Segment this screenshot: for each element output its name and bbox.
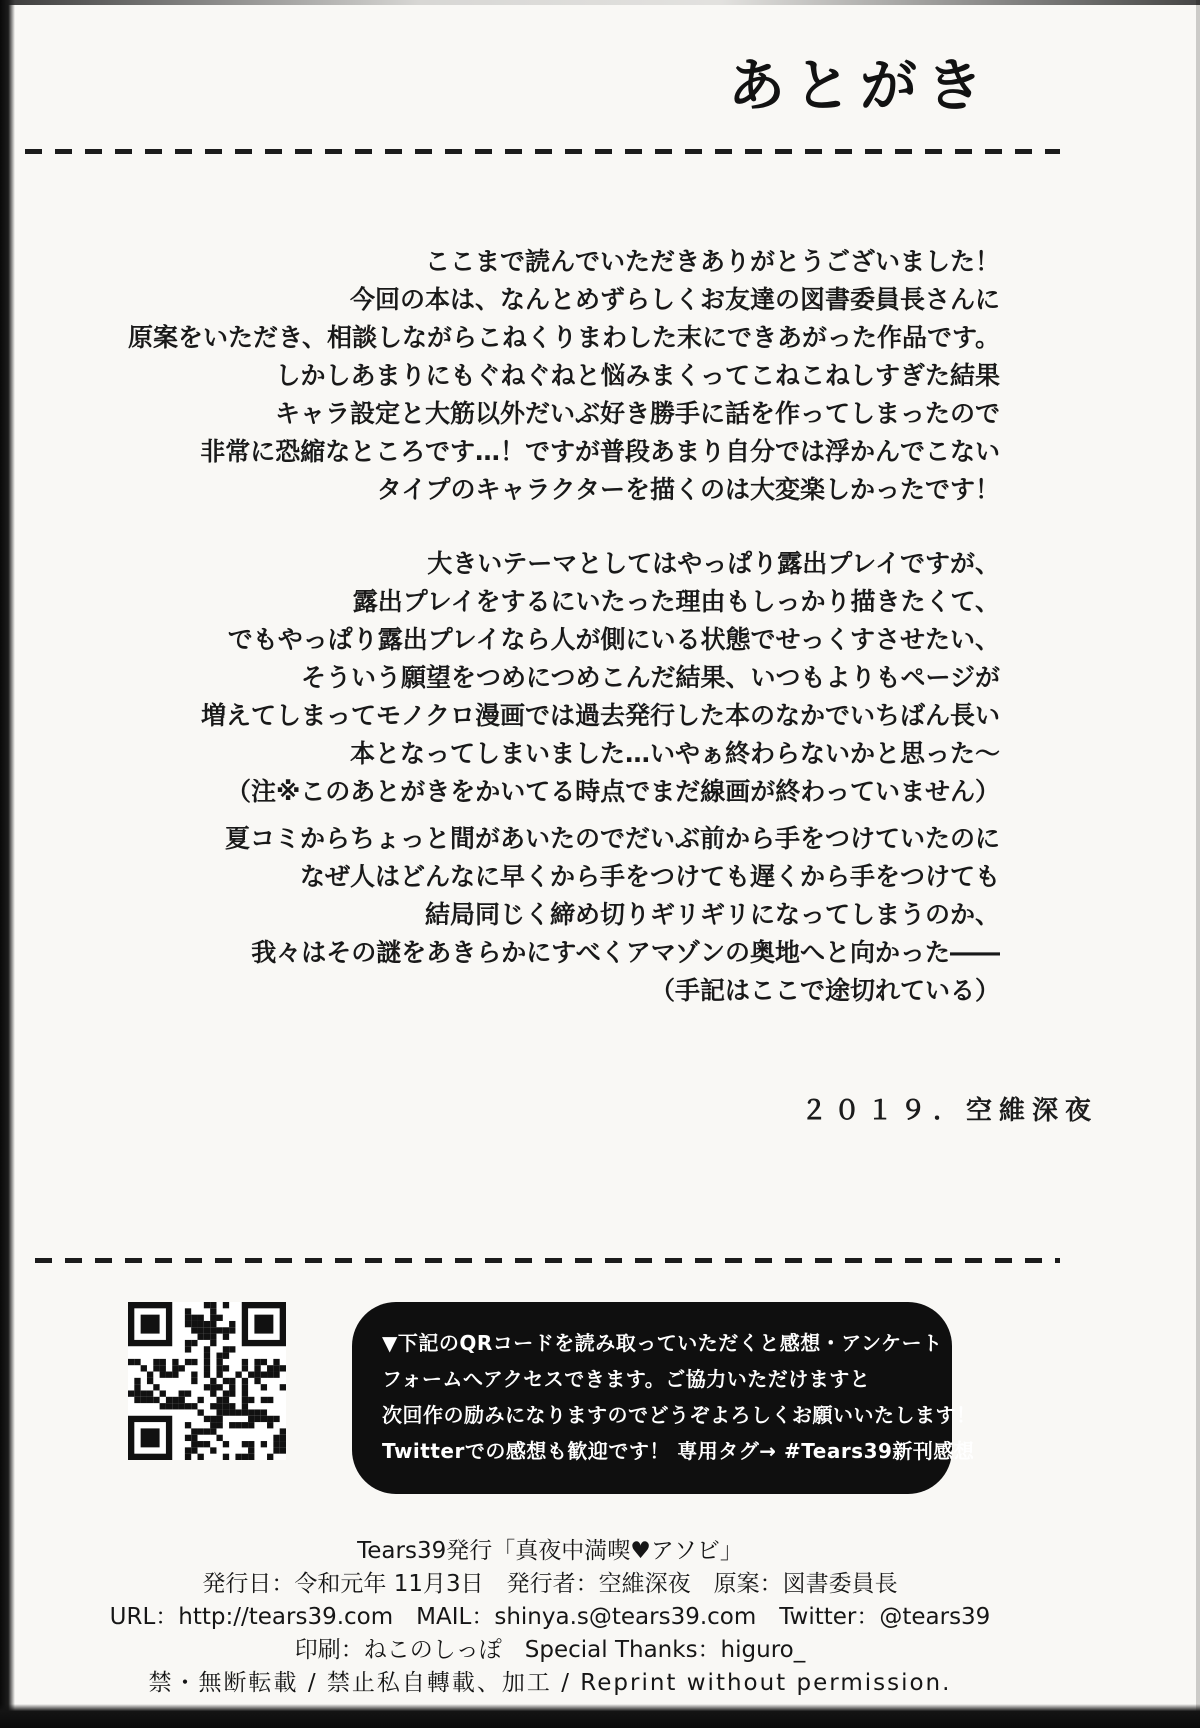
afterword-line: 夏コミからちょっと間があいたのでだいぶ前から手をつけていたのに bbox=[60, 820, 1000, 858]
afterword-line: 我々はその謎をあきらかにすべくアマゾンの奥地へと向かった―― bbox=[60, 934, 1000, 972]
afterword-paragraph: 大きいテーマとしてはやっぱり露出プレイですが、 露出プレイをするにいたった理由も… bbox=[60, 545, 1000, 811]
afterword-line: タイプのキャラクターを描くのは大変楽しかったです！ bbox=[60, 471, 1000, 509]
qr-info-line: Twitterでの感想も歓迎です！ 専用タグ→ #Tears39新刊感想 bbox=[382, 1433, 922, 1469]
afterword-line: （手記はここで途切れている） bbox=[60, 972, 1000, 1010]
scan-edge-left bbox=[0, 0, 15, 1728]
author-signature: ２０１９．空維深夜 bbox=[801, 1090, 1098, 1127]
scanned-page: あとがき ここまで読んでいただきありがとうございました！ 今回の本は、なんとめず… bbox=[0, 0, 1200, 1728]
dashed-divider-bottom bbox=[35, 1258, 1060, 1263]
colophon-line: 発行日：令和元年 11月3日 発行者：空維深夜 原案：図書委員長 bbox=[0, 1568, 1100, 1601]
colophon-line: URL：http://tears39.com MAIL：shinya.s@tea… bbox=[0, 1601, 1100, 1634]
colophon-line: 禁・無断転載 / 禁止私自轉載、加工 / Reprint without per… bbox=[0, 1667, 1100, 1700]
qr-code bbox=[128, 1302, 286, 1460]
scan-edge-right bbox=[1196, 0, 1200, 1728]
dashed-divider-top bbox=[25, 149, 1060, 154]
qr-info-line: フォームへアクセスできます。ご協力いただけますと bbox=[382, 1361, 922, 1397]
afterword-paragraph: 夏コミからちょっと間があいたのでだいぶ前から手をつけていたのに なぜ人はどんなに… bbox=[60, 820, 1000, 1010]
page-title: あとがき bbox=[728, 40, 992, 122]
qr-info-panel: ▼下記のQRコードを読み取っていただくと感想・アンケート フォームへアクセスでき… bbox=[352, 1302, 952, 1494]
scan-edge-top bbox=[0, 0, 1200, 5]
afterword-line: 結局同じく締め切りギリギリになってしまうのか、 bbox=[60, 896, 1000, 934]
afterword-line: なぜ人はどんなに早くから手をつけても遅くから手をつけても bbox=[60, 858, 1000, 896]
afterword-line: 増えてしまってモノクロ漫画では過去発行した本のなかでいちばん長い bbox=[60, 697, 1000, 735]
afterword-line: 今回の本は、なんとめずらしくお友達の図書委員長さんに bbox=[60, 281, 1000, 319]
colophon-line: 印刷：ねこのしっぽ Special Thanks：higuro_ bbox=[0, 1634, 1100, 1667]
colophon-line: Tears39発行「真夜中満喫♥アソビ」 bbox=[0, 1535, 1100, 1568]
afterword-line: 露出プレイをするにいたった理由もしっかり描きたくて、 bbox=[60, 583, 1000, 621]
colophon: Tears39発行「真夜中満喫♥アソビ」 発行日：令和元年 11月3日 発行者：… bbox=[0, 1535, 1100, 1700]
qr-info-line: ▼下記のQRコードを読み取っていただくと感想・アンケート bbox=[382, 1325, 922, 1361]
afterword-line: 原案をいただき、相談しながらこねくりまわした末にできあがった作品です。 bbox=[60, 319, 1000, 357]
afterword-line: 非常に恐縮なところです…！ですが普段あまり自分では浮かんでこない bbox=[60, 433, 1000, 471]
afterword-line: でもやっぱり露出プレイなら人が側にいる状態でせっくすさせたい、 bbox=[60, 621, 1000, 659]
afterword-body: ここまで読んでいただきありがとうございました！ 今回の本は、なんとめずらしくお友… bbox=[60, 243, 1000, 1010]
qr-info-line: 次回作の励みになりますのでどうぞよろしくお願いいたします！ bbox=[382, 1397, 922, 1433]
scan-edge-bottom bbox=[0, 1704, 1200, 1728]
afterword-line: 大きいテーマとしてはやっぱり露出プレイですが、 bbox=[60, 545, 1000, 583]
afterword-line: ここまで読んでいただきありがとうございました！ bbox=[60, 243, 1000, 281]
qr-code-image bbox=[128, 1302, 286, 1460]
afterword-paragraph: ここまで読んでいただきありがとうございました！ 今回の本は、なんとめずらしくお友… bbox=[60, 243, 1000, 509]
afterword-line: （注※このあとがきをかいてる時点でまだ線画が終わっていません） bbox=[60, 773, 1000, 811]
afterword-line: 本となってしまいました…いやぁ終わらないかと思った～ bbox=[60, 735, 1000, 773]
afterword-line: そういう願望をつめにつめこんだ結果、いつもよりもページが bbox=[60, 659, 1000, 697]
afterword-line: しかしあまりにもぐねぐねと悩みまくってこねこねしすぎた結果 bbox=[60, 357, 1000, 395]
afterword-line: キャラ設定と大筋以外だいぶ好き勝手に話を作ってしまったので bbox=[60, 395, 1000, 433]
